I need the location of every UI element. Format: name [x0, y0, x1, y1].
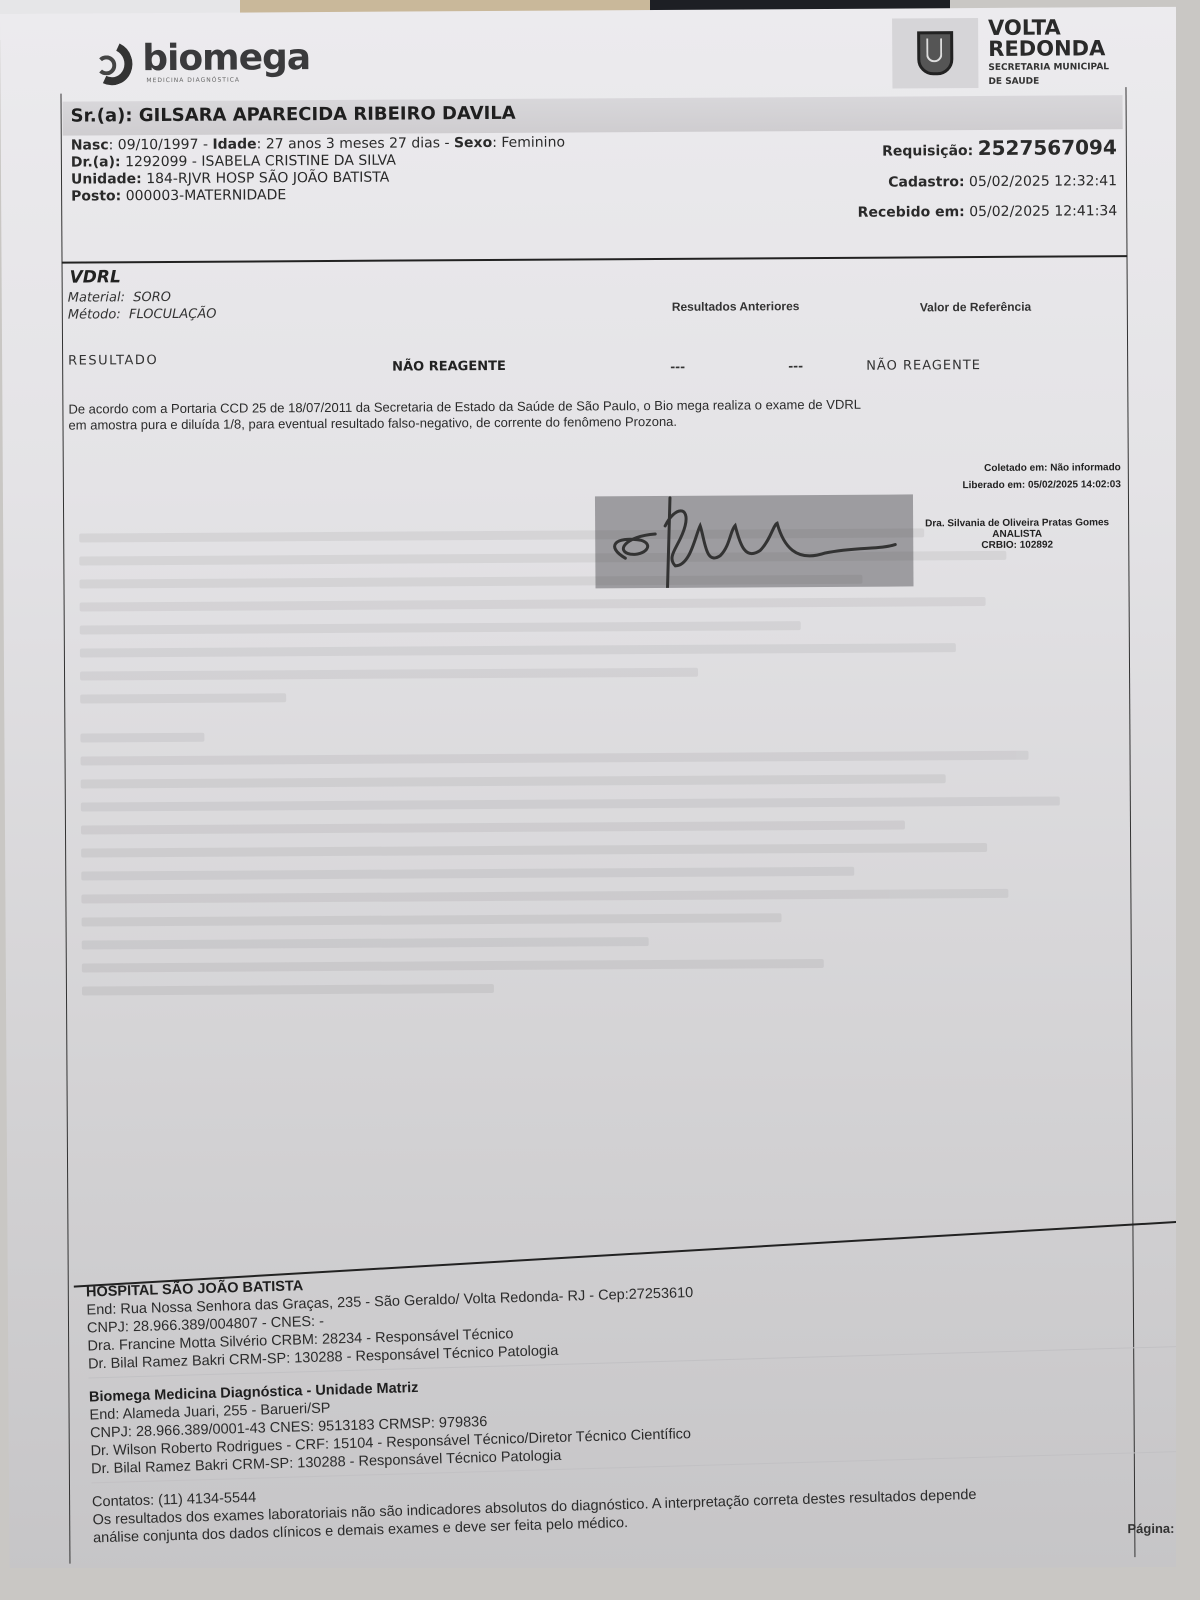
sexo-label: Sexo [454, 135, 492, 151]
reference-header: Valor de Referência [920, 300, 1031, 315]
liberado-em: Liberado em: 05/02/2025 14:02:03 [962, 476, 1121, 494]
metodo-label: Método: [68, 307, 121, 322]
requisicao-number: 2527567094 [978, 135, 1117, 160]
nasc-label: Nasc [71, 137, 109, 153]
posto-value: 000003-MATERNIDADE [126, 187, 287, 204]
prozona-note: De acordo com a Portaria CCD 25 de 18/07… [68, 397, 868, 434]
show-through-text [79, 527, 1112, 1073]
idade-value: 27 anos 3 meses 27 dias [266, 135, 440, 152]
requisicao-label: Requisição: [882, 143, 973, 160]
page-number: Página: 4 [1127, 1521, 1176, 1536]
material-label: Material: [68, 290, 125, 305]
result-label: RESULTADO [68, 353, 158, 369]
city-crest-icon [892, 18, 978, 89]
doctor-label: Dr.(a): [71, 154, 121, 170]
coletado-em: Coletado em: Não informado [962, 459, 1121, 477]
footer-matriz: Biomega Medicina Diagnóstica - Unidade M… [89, 1357, 1176, 1484]
nasc-value: 09/10/1997 [118, 137, 199, 153]
posto-label: Posto: [71, 188, 121, 204]
lab-report-page: biomega MEDICINA DIAGNÓSTICA VOLTA REDON… [0, 7, 1176, 1568]
biomega-logo: biomega MEDICINA DIAGNÓSTICA [86, 34, 310, 89]
exam-title: VDRL [70, 267, 121, 287]
biomega-swirl-icon [86, 35, 134, 89]
cadastro-label: Cadastro: [888, 174, 964, 190]
logo-name: biomega [142, 40, 310, 77]
doctor-value: 1292099 - ISABELA CRISTINE DA SILVA [125, 153, 396, 171]
vr-sub-1: SECRETARIA MUNICIPAL [988, 62, 1109, 74]
request-info: Requisição: 2527567094 Cadastro: 05/02/2… [857, 135, 1117, 235]
idade-label: Idade [212, 136, 256, 152]
vr-title-2: REDONDA [988, 38, 1109, 60]
release-dates: Coletado em: Não informado Liberado em: … [962, 459, 1121, 494]
sexo-value: Feminino [501, 135, 565, 151]
recebido-value: 05/02/2025 12:41:34 [969, 203, 1117, 220]
metodo-value: FLOCULAÇÃO [129, 307, 217, 323]
patient-name: Sr.(a): GILSARA APARECIDA RIBEIRO DAVILA [71, 103, 516, 127]
material-value: SORO [133, 290, 171, 305]
footer: HOSPITAL SÃO JOÃO BATISTA End: Rua Nossa… [86, 1252, 1176, 1548]
vr-sub-2: DE SAUDE [988, 76, 1109, 88]
previous-result-1: --- [670, 360, 685, 374]
unidade-value: 184-RJVR HOSP SÃO JOÃO BATISTA [146, 170, 389, 187]
unidade-label: Unidade: [71, 171, 142, 187]
patient-info: Nasc: 09/10/1997 - Idade: 27 anos 3 mese… [71, 135, 566, 206]
exam-meta: Material: SORO Método: FLOCULAÇÃO [68, 289, 217, 324]
previous-result-2: --- [788, 359, 803, 373]
patient-name-value: GILSARA APARECIDA RIBEIRO DAVILA [139, 103, 516, 126]
prev-results-header: Resultados Anteriores [672, 299, 800, 314]
volta-redonda-logo: VOLTA REDONDA SECRETARIA MUNICIPAL DE SA… [892, 17, 1132, 98]
reference-value: NÃO REAGENTE [866, 358, 981, 374]
recebido-label: Recebido em: [858, 204, 965, 221]
patient-name-label: Sr.(a): [71, 105, 133, 126]
result-value: NÃO REAGENTE [392, 359, 506, 375]
cadastro-value: 05/02/2025 12:32:41 [969, 173, 1117, 190]
